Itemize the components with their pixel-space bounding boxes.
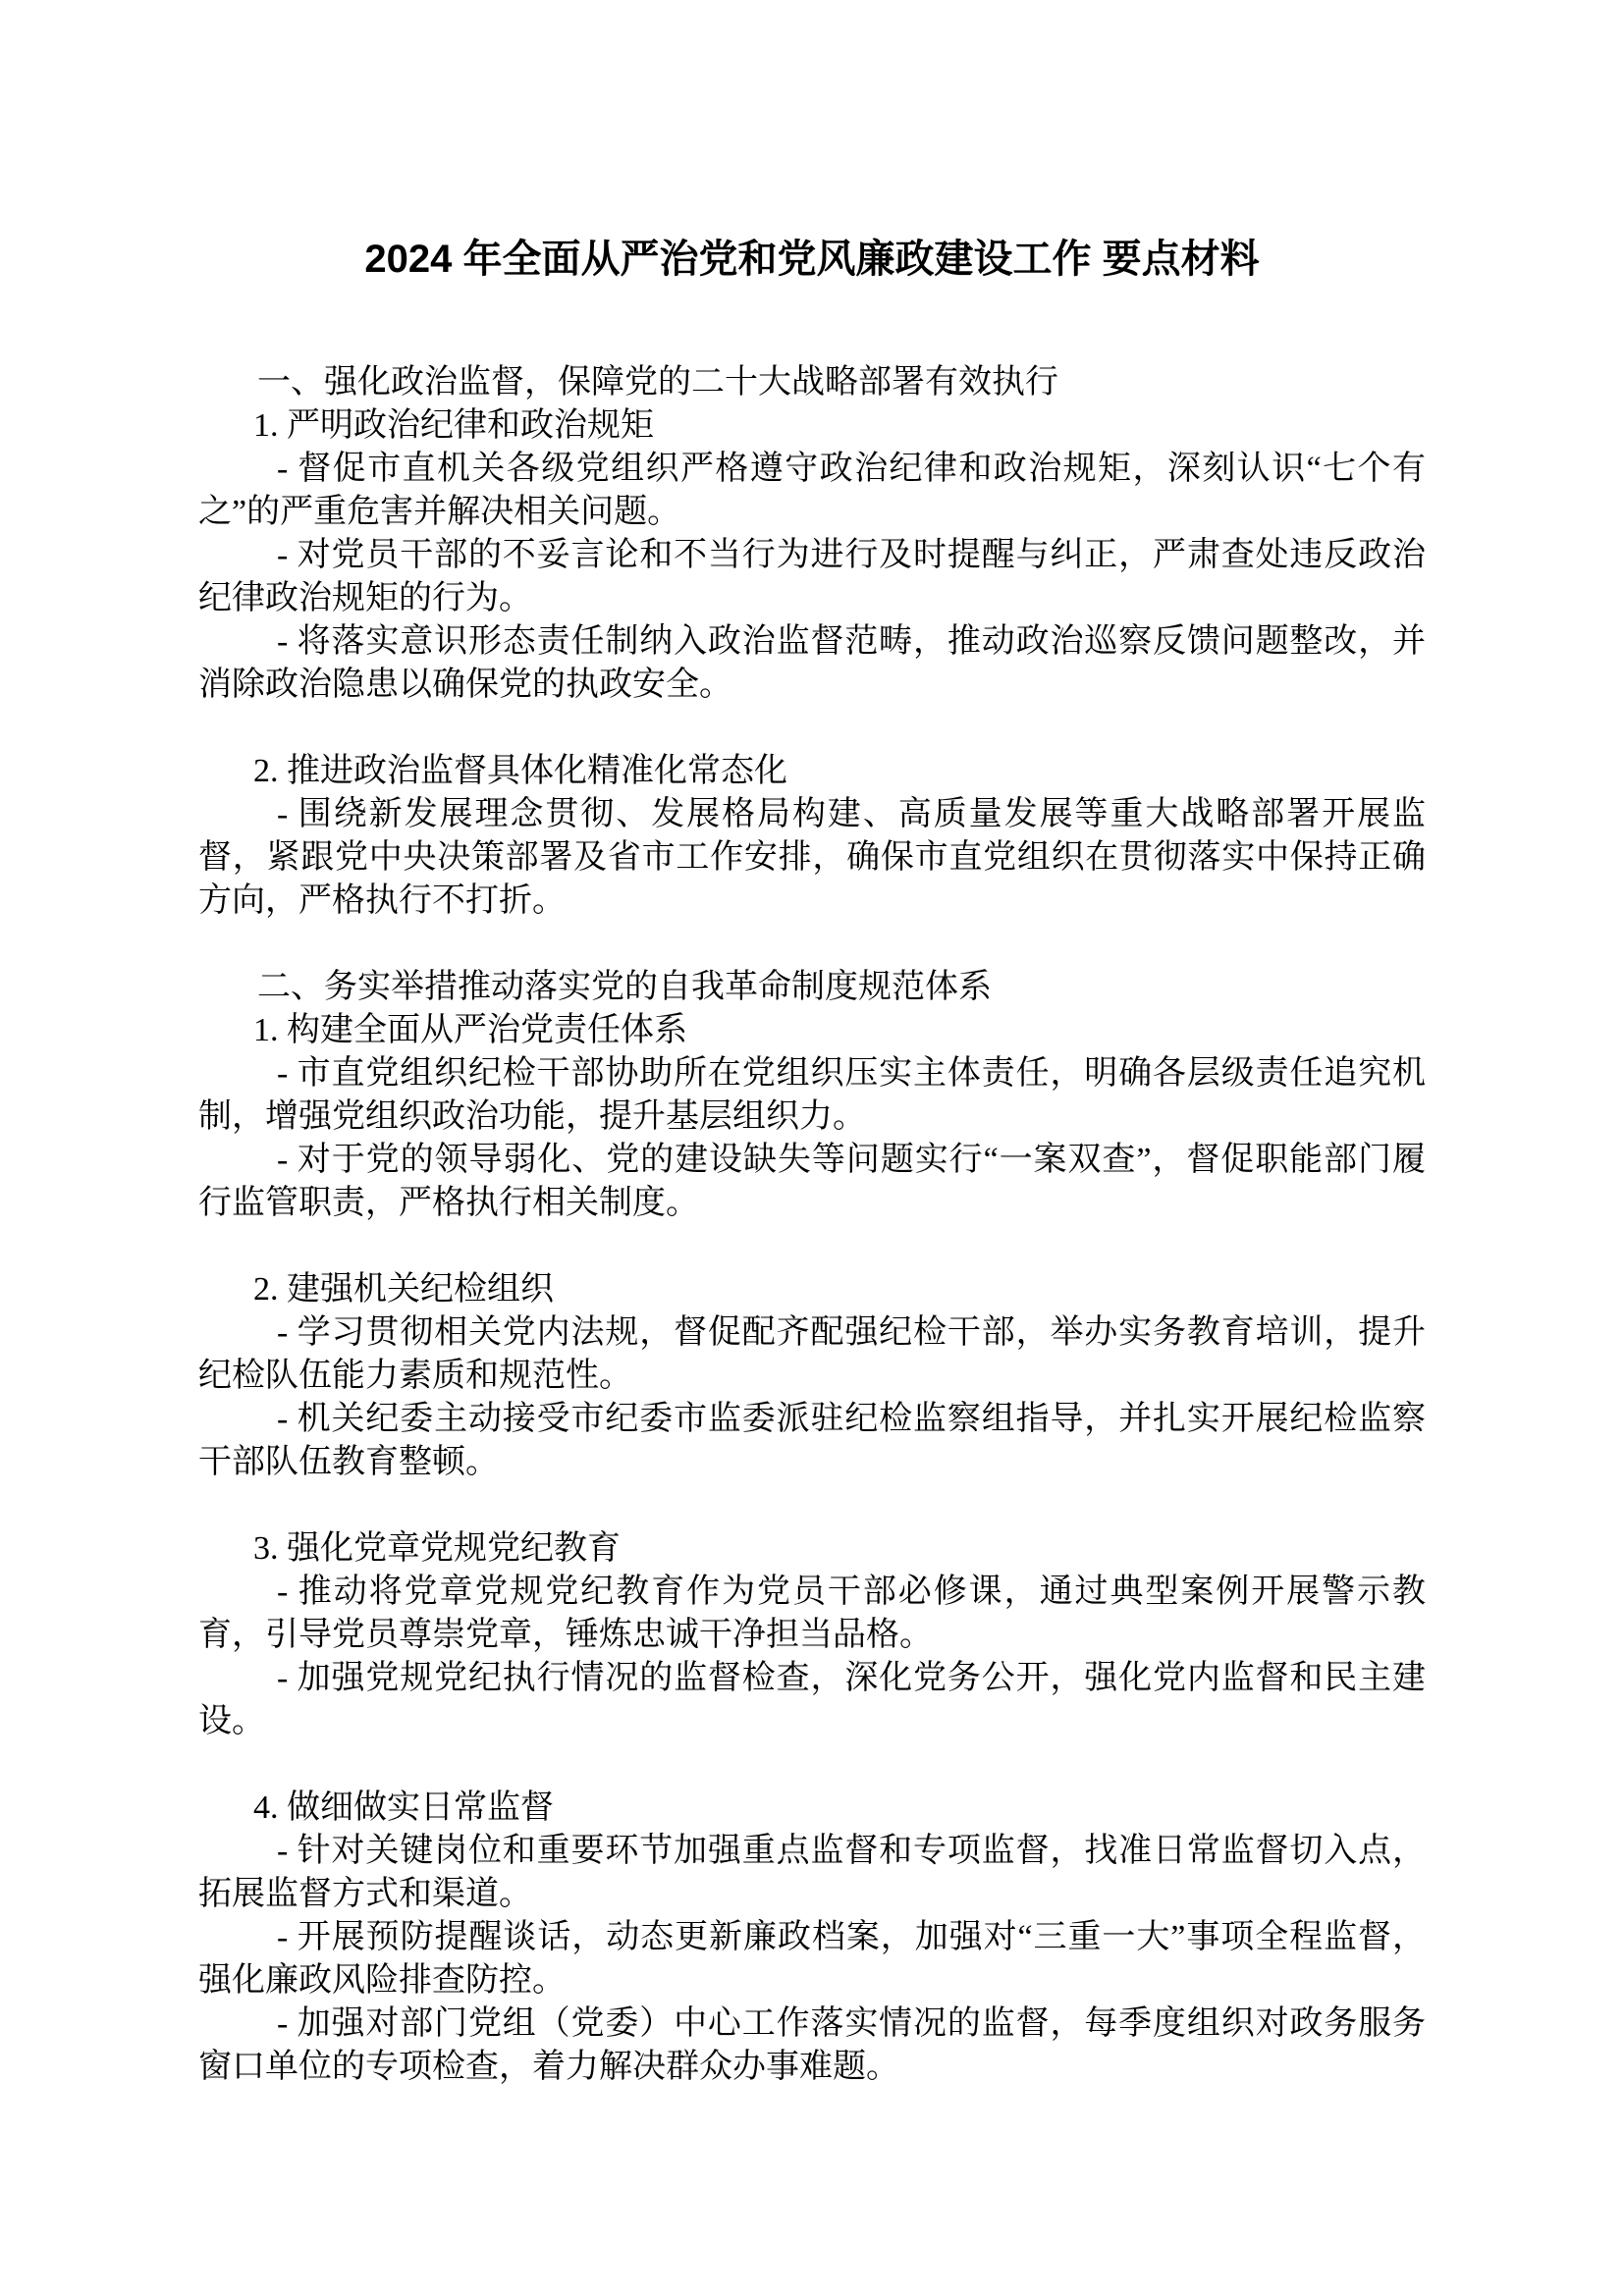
document-paragraph: - 推动将党章党规党纪教育作为党员干部必修课，通过典型案例开展警示教育，引导党员… bbox=[198, 1571, 1426, 1657]
document-paragraph: 1. 严明政治纪律和政治规矩 bbox=[198, 404, 1426, 448]
document-title: 2024 年全面从严治党和党风廉政建设工作 要点材料 bbox=[198, 236, 1426, 283]
document-paragraph: 3. 强化党章党规党纪教育 bbox=[198, 1527, 1426, 1571]
document-paragraph: 2. 建强机关纪检组织 bbox=[198, 1268, 1426, 1311]
document-paragraph: 4. 做细做实日常监督 bbox=[198, 1787, 1426, 1830]
document-paragraph: - 针对关键岗位和重要环节加强重点监督和专项监督，找准日常监督切入点，拓展监督方… bbox=[198, 1830, 1426, 1916]
document-paragraph: - 市直党组织纪检干部协助所在党组织压实主体责任，明确各层级责任追究机制，增强党… bbox=[198, 1052, 1426, 1139]
document-paragraph: 一、强化政治监督，保障党的二十大战略部署有效执行 bbox=[198, 361, 1426, 404]
document-paragraph: - 对党员干部的不妥言论和不当行为进行及时提醒与纠正，严肃查处违反政治纪律政治规… bbox=[198, 534, 1426, 620]
document-paragraph: - 将落实意识形态责任制纳入政治监督范畴，推动政治巡察反馈问题整改，并消除政治隐… bbox=[198, 620, 1426, 707]
document-body: 一、强化政治监督，保障党的二十大战略部署有效执行1. 严明政治纪律和政治规矩- … bbox=[198, 361, 1426, 2089]
document-paragraph: 1. 构建全面从严治党责任体系 bbox=[198, 1009, 1426, 1052]
document-paragraph: - 机关纪委主动接受市纪委市监委派驻纪检监察组指导，并扎实开展纪检监察干部队伍教… bbox=[198, 1398, 1426, 1484]
document-paragraph: - 督促市直机关各级党组织严格遵守政治纪律和政治规矩，深刻认识“七个有之”的严重… bbox=[198, 448, 1426, 534]
document-paragraph: - 开展预防提醒谈话，动态更新廉政档案，加强对“三重一大”事项全程监督，强化廉政… bbox=[198, 1916, 1426, 2002]
document-paragraph: - 加强党规党纪执行情况的监督检查，深化党务公开，强化党内监督和民主建设。 bbox=[198, 1657, 1426, 1743]
document-paragraph: - 加强对部门党组（党委）中心工作落实情况的监督，每季度组织对政务服务窗口单位的… bbox=[198, 2002, 1426, 2089]
document-paragraph: - 围绕新发展理念贯彻、发展格局构建、高质量发展等重大战略部署开展监督，紧跟党中… bbox=[198, 793, 1426, 923]
document-paragraph: 二、务实举措推动落实党的自我革命制度规范体系 bbox=[198, 966, 1426, 1009]
document-paragraph: - 学习贯彻相关党内法规，督促配齐配强纪检干部，举办实务教育培训，提升纪检队伍能… bbox=[198, 1311, 1426, 1398]
document-paragraph: 2. 推进政治监督具体化精准化常态化 bbox=[198, 750, 1426, 793]
document-paragraph: - 对于党的领导弱化、党的建设缺失等问题实行“一案双查”，督促职能部门履行监管职… bbox=[198, 1139, 1426, 1225]
document-page: 2024 年全面从严治党和党风廉政建设工作 要点材料 一、强化政治监督，保障党的… bbox=[0, 0, 1624, 2296]
